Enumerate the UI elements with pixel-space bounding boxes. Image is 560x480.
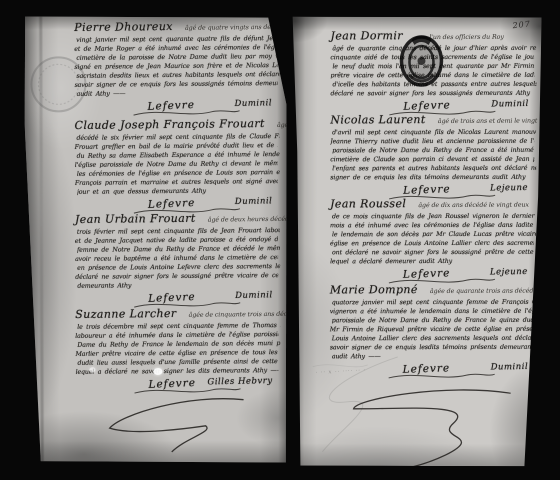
entry-text-line: paroissiale de Notre Dame du Rethy de Fr… — [332, 146, 536, 156]
right-page: 207 Jean Dormir —— l'un des officiers du… — [291, 17, 544, 467]
entry-text-line: vingt janvier mil sept cent quarante qua… — [76, 34, 279, 45]
entry-body: le trois décembre mil sept cent cinquant… — [75, 321, 278, 377]
armorial-ink-stamp-icon — [396, 31, 446, 89]
entry-text-line: trois février mil sept cent cinquante fi… — [77, 226, 280, 237]
entry-text-line: lequel a déclaré demeurer audit Athy — [330, 257, 534, 267]
right-page-entries: Jean Dormir —— l'un des officiers du Roy… — [293, 17, 545, 18]
signature-row: Lefevre Gilles Hebvry — [75, 377, 278, 394]
paraph-flourish-icon — [94, 392, 269, 463]
entry-heading-row: Pierre Dhoureux âgé de quatre vingts ans… — [74, 17, 277, 36]
entry-text-line: d'avril mil sept cent cinquante fils de … — [332, 128, 536, 138]
entry-body: vingt janvier mil sept cent quarante qua… — [74, 34, 278, 99]
entry-heading-row: Suzanne Larcher âgée de cinquante trois … — [75, 304, 278, 323]
signature-witness: Duminil — [490, 362, 528, 373]
entry-heading-continuation: âgé de deux heures décédé le — [208, 216, 300, 224]
register-entry: Pierre Dhoureux âgé de quatre vingts ans… — [24, 18, 287, 116]
entry-heading-continuation: âgée de cinquante trois ans décédée — [189, 311, 302, 319]
entry-text-line: cimetière de la paroisse de Notre Dame d… — [76, 52, 279, 63]
signature-priest: Lefevre — [148, 291, 196, 305]
entry-text-line: dudit lieu aussi lesquels d'une famille … — [77, 357, 280, 368]
signature-witness: Duminil — [234, 98, 272, 109]
entry-text-line: Dame du Rethy de France le lendemain de … — [77, 339, 280, 350]
verso-ghost-text: ~ ~~ ~ ~~~ — [352, 284, 406, 291]
register-entry: Suzanne Larcher âgée de cinquante trois … — [25, 305, 288, 394]
entry-heading-row: Jean Roussel âgé de dix ans décédé le vi… — [330, 195, 534, 213]
entry-body: de ce mois cinquante fils de Jean Rousse… — [330, 212, 534, 267]
entry-text-line: décédé le six février mil sept cent cinq… — [76, 132, 279, 143]
entry-name: Jean Dormir — [331, 29, 403, 42]
left-page-entries: Pierre Dhoureux âgé de quatre vingts ans… — [24, 16, 287, 17]
entry-heading-continuation: âgé de quatre vingts ans décédé le — [185, 24, 293, 32]
entry-text-line: le lendemain de son décès par Mr Claude … — [332, 230, 536, 240]
entry-text-line: paroissiale de Notre Dame du Rethy de Fr… — [332, 316, 536, 326]
entry-name: Claude Joseph François Frouart — [75, 117, 265, 132]
paper-hole — [89, 367, 95, 372]
entry-text-line: les cérémonies de l'église en présence d… — [77, 168, 280, 179]
entry-heading-row: Jean Urbain Frouart âgé de deux heures d… — [75, 209, 278, 228]
entry-text-line: quatorze janvier mil sept cent cinquante… — [332, 298, 536, 308]
entry-name: Jean Urbain Frouart — [75, 212, 196, 226]
entry-name: Suzanne Larcher — [75, 307, 176, 321]
entry-text-line: jour et an que dessus demeurants Athy — [77, 186, 280, 197]
signature-witness: Lejeune — [490, 183, 528, 194]
entry-text-line: femme de Notre Dame du Rethy de France e… — [77, 244, 280, 255]
ink-bleed-ghost-icon — [297, 347, 417, 467]
entry-text-line: Louis Antoine Lallier clerc des sacremen… — [332, 334, 536, 344]
entry-text-line: signer de ce enquis les dits témoins dem… — [330, 173, 534, 183]
entry-name: Jean Roussel — [330, 197, 406, 210]
signature-witness: Duminil — [235, 290, 273, 301]
entry-body: trois février mil sept cent cinquante fi… — [75, 226, 279, 291]
entry-text-line: déclaré ne savoir signer fors les soussi… — [330, 89, 534, 99]
entry-text-line: lequel a déclaré ne savoir signer les di… — [76, 366, 279, 377]
paper-hole — [153, 368, 162, 375]
entry-heading-row: Nicolas Laurent âgé de trois ans et demi… — [330, 111, 534, 129]
signature-priest: Lefevre — [147, 99, 195, 113]
entry-body: décédé le six février mil sept cent cinq… — [74, 132, 278, 197]
register-entry: Jean Urbain Frouart âgé de deux heures d… — [25, 210, 288, 308]
entry-text-line: demeurants Athy — [77, 280, 280, 291]
entry-text-line: le trois décembre mil sept cent cinquant… — [77, 321, 280, 332]
register-scan: Pierre Dhoureux âgé de quatre vingts ans… — [0, 0, 560, 480]
entry-heading-continuation: âgé de dix ans décédé le vingt deux — [418, 202, 529, 209]
register-entry: Nicolas Laurent âgé de trois ans et demi… — [292, 111, 544, 200]
signature-priest: Lefevre — [403, 267, 451, 281]
entry-heading-continuation: âgé de trois ans et demi le vingt — [438, 118, 538, 125]
entry-text-line: de ce mois cinquante fils de Jean Rousse… — [332, 212, 536, 222]
left-page: Pierre Dhoureux âgé de quatre vingts ans… — [24, 16, 289, 464]
entry-body: d'avril mil sept cent cinquante fils de … — [330, 128, 534, 183]
entry-text-line: en présence de Louis Antoine Lefevre cle… — [77, 262, 280, 273]
entry-text-line: ont déclaré ne savoir signer fors le sou… — [332, 248, 536, 258]
signature-priest: Lefevre — [148, 377, 196, 391]
signature-witness: Duminil — [491, 99, 529, 110]
entry-name: Pierre Dhoureux — [74, 20, 173, 34]
entry-name: Nicolas Laurent — [330, 113, 425, 126]
signature-witness: Lejeune — [490, 267, 528, 278]
entry-text-line: sacristain desdits lieux et autres habit… — [76, 70, 279, 81]
entry-heading-continuation: âgée de quarante trois ans décédée le — [430, 288, 548, 296]
register-entry: Claude Joseph François Frouart âgé de di… — [25, 116, 288, 214]
signature-row: Lefevre Duminil — [75, 99, 278, 116]
entry-text-line: audit Athy —— — [77, 88, 280, 99]
signature-priest: Lefevre — [148, 197, 196, 211]
register-entry: Jean Roussel âgé de dix ans décédé le vi… — [292, 195, 544, 284]
signature-witness: Duminil — [234, 196, 272, 207]
entry-heading-row: Claude Joseph François Frouart âgé de di… — [75, 115, 278, 134]
entry-text-line: du Rethy sa dame Elisabeth Esperance a é… — [77, 150, 280, 161]
signature-witness: Gilles Hebvry — [207, 376, 272, 387]
entry-text-line: l'enfant ses parents et autres habitants… — [332, 164, 536, 174]
